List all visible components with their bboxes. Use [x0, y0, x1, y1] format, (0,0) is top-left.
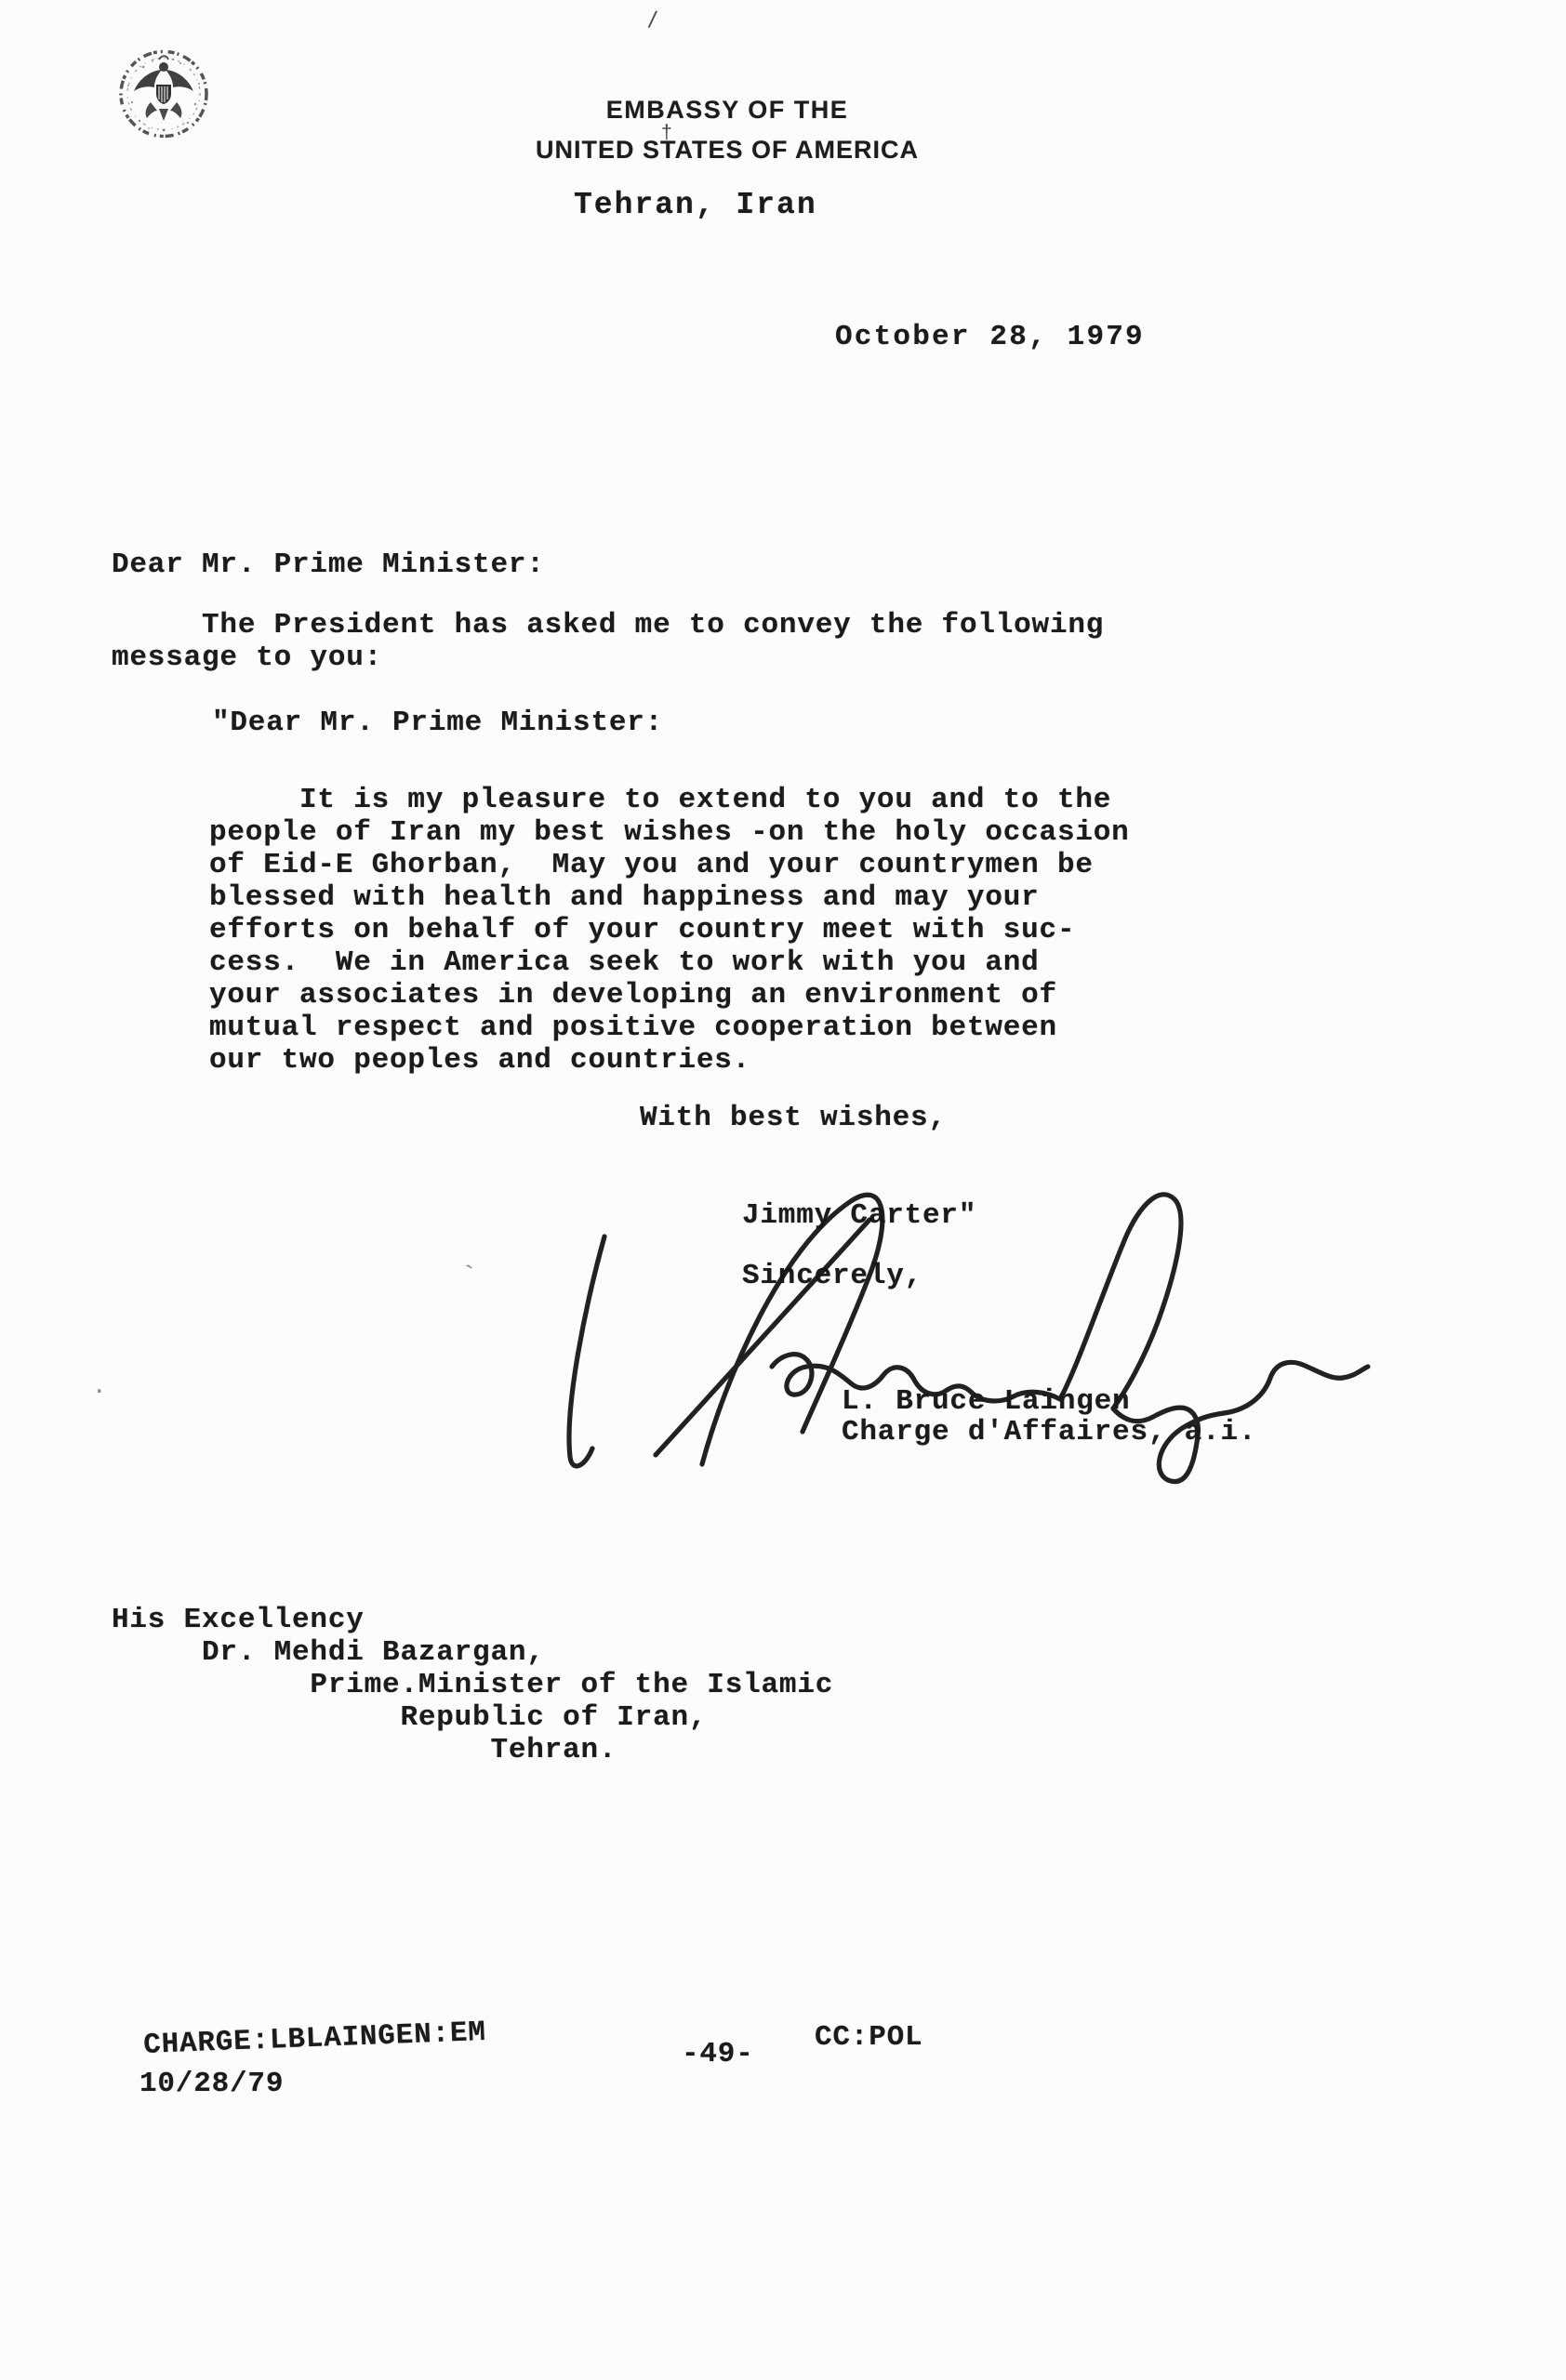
scan-artifact-stray-tick: `: [464, 1260, 480, 1292]
quoted-salutation: "Dear Mr. Prime Minister:: [212, 707, 663, 739]
scan-artifact-margin-dot: .: [95, 1365, 103, 1401]
signer-name: L. Bruce Laingen: [842, 1385, 1130, 1418]
footer-typed-date: 10/28/79: [139, 2068, 284, 2100]
great-seal-icon: [115, 46, 212, 141]
letterhead-line2: UNITED STATES OF AMERICA: [495, 136, 960, 165]
date-line: October 28, 1979: [835, 321, 1145, 353]
letterhead-line1: EMBASSY OF THE: [495, 96, 960, 125]
handwritten-signature: [544, 1183, 1455, 1499]
scan-artifact-dagger-over-t: †: [661, 122, 672, 144]
quoted-message-paragraph: It is my pleasure to extend to you and t…: [209, 784, 1130, 1077]
footer-cc-line: CC:POL: [815, 2021, 922, 2054]
quoted-closing: With best wishes,: [640, 1102, 947, 1134]
recipient-address-block: His Excellency Dr. Mehdi Bazargan, Prime…: [112, 1604, 833, 1766]
scan-artifact-slash: /: [646, 6, 658, 35]
footer-page-number: -49-: [682, 2038, 754, 2070]
letterhead-city: Tehran, Iran: [574, 189, 817, 221]
scanned-letter-page: EMBASSY OF THE UNITED STATES OF AMERICA …: [0, 0, 1566, 2380]
footer-drafting-code: CHARGE:LBLAINGEN:EM: [143, 2016, 487, 2062]
intro-paragraph: The President has asked me to convey the…: [112, 609, 1104, 674]
salutation: Dear Mr. Prime Minister:: [112, 549, 545, 581]
signer-title: Charge d'Affaires, a.i.: [842, 1416, 1256, 1448]
